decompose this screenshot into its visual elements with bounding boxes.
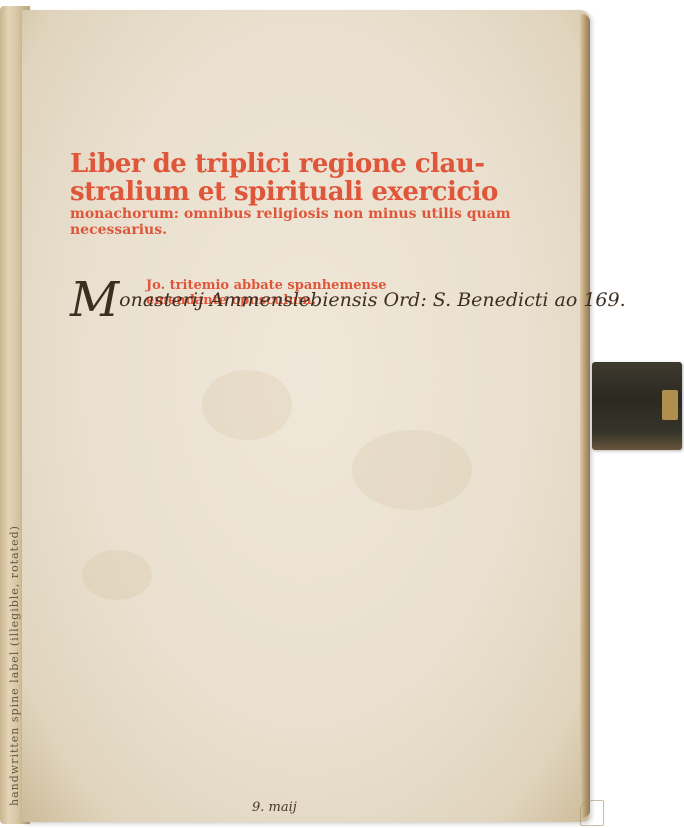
spine-label: handwritten spine label (illegible, rota…: [8, 46, 22, 806]
ownership-inscription: Monasterij Ammenslebiensis Ord: S. Bened…: [70, 272, 626, 328]
inscription-text: onasterij Ammenslebiensis Ord: S. Benedi…: [119, 289, 625, 311]
page-edge: [580, 14, 590, 818]
clasp-tip: [662, 390, 678, 420]
title-line-1: Liber de triplici regione clau-: [70, 150, 511, 178]
inscription-initial: M: [70, 272, 119, 328]
book-clasp: [592, 362, 682, 450]
title-line-2: stralium et spirituali exercicio: [70, 178, 511, 206]
title-line-3: monachorum: omnibus religiosis non minus…: [70, 206, 511, 222]
title-page: [22, 10, 590, 822]
printed-title: Liber de triplici regione clau- stralium…: [70, 150, 511, 238]
bottom-note: 9. maij: [252, 800, 297, 815]
folded-corner: [580, 800, 604, 826]
stain: [202, 370, 292, 440]
title-line-4: necessarius.: [70, 222, 511, 238]
stain: [352, 430, 472, 510]
stain: [82, 550, 152, 600]
